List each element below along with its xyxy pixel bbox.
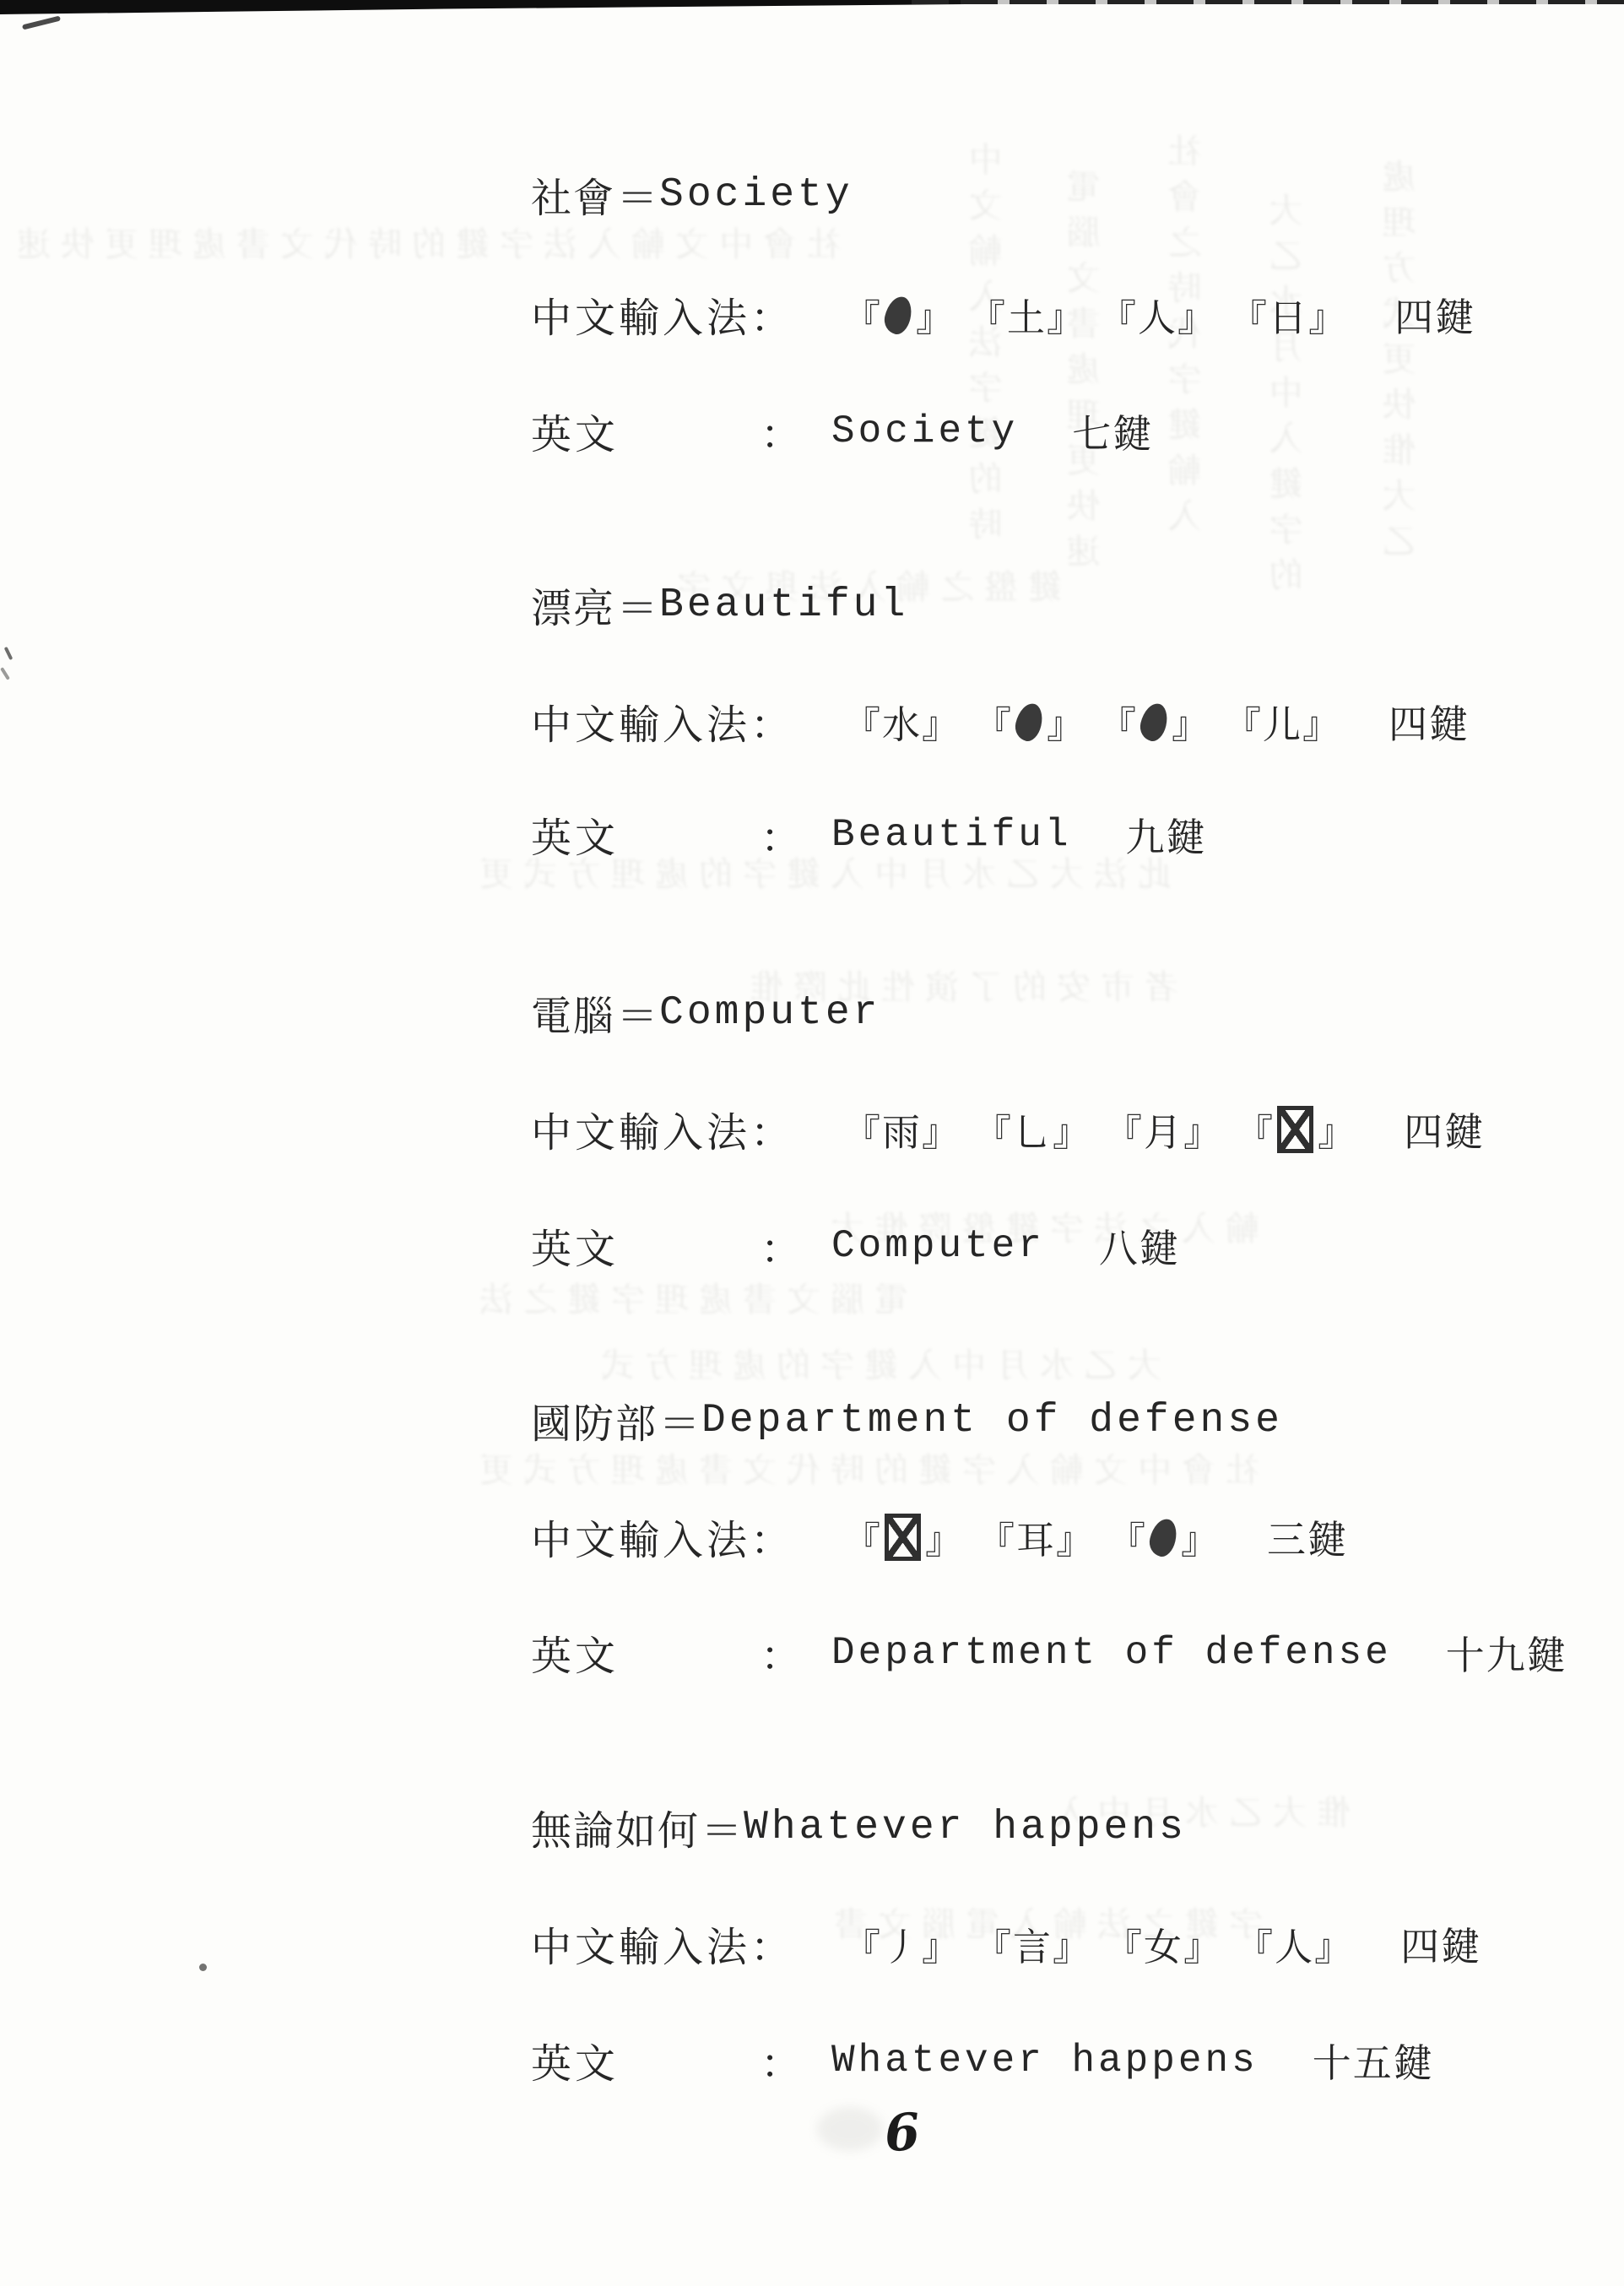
key-sequence: 『水』 『』 『』 『儿』 四鍵 xyxy=(843,694,1470,750)
bleedthrough-ghost-column: 處理方式更快惟大乙 xyxy=(1381,159,1429,569)
chinese-input-line: 中文輸入法： 『』 『土』 『人』 『日』 四鍵 xyxy=(531,285,1475,344)
key-sequence: 『雨』 『乚』 『月』 『』 四鍵 xyxy=(843,1102,1485,1157)
english-value: Beautiful xyxy=(831,813,1071,857)
edge-mark xyxy=(4,647,14,660)
key-cell: 『言』 xyxy=(974,1916,1090,1972)
word-chinese: 漂亮 xyxy=(531,576,615,635)
english-input-line: 英文 ： Society 七鍵 xyxy=(531,402,1153,461)
bleedthrough-ghost-column: 大乙水月中入鍵字的 xyxy=(1268,192,1316,603)
key-count-chinese: 三鍵 xyxy=(1267,1509,1348,1565)
colon: ： xyxy=(761,402,801,461)
key-count-chinese: 四鍵 xyxy=(1400,1916,1481,1972)
input-method-label: 中文輸入法： xyxy=(531,1100,794,1159)
chinese-input-line: 中文輸入法： 『丿』 『言』 『女』 『人』 四鍵 xyxy=(531,1915,1481,1974)
english-label: 英文 xyxy=(531,2031,619,2090)
key-count-chinese: 四鍵 xyxy=(1394,287,1475,343)
corner-bracket-open: 『 xyxy=(1105,1917,1142,1972)
key-cell: 『乚』 xyxy=(974,1102,1090,1157)
key-cell: 『土』 xyxy=(968,287,1084,343)
key-count-english: 十五鍵 xyxy=(1313,2033,1434,2088)
scan-edge-strip xyxy=(0,0,988,14)
scan-edge-strip-thin xyxy=(912,0,1624,4)
corner-bracket-open: 『 xyxy=(1099,288,1136,343)
equals-sign: ＝ xyxy=(659,1391,700,1450)
english-value: Whatever happens xyxy=(831,2039,1259,2083)
key-sequence: 『丿』 『言』 『女』 『人』 四鍵 xyxy=(843,1916,1481,1972)
key-cell: 『儿』 xyxy=(1224,694,1340,750)
corner-bracket-open: 『 xyxy=(1230,288,1267,343)
corner-bracket-open: 『 xyxy=(1108,1510,1145,1565)
key-character: 日 xyxy=(1269,287,1307,343)
bleedthrough-ghost-text: 大乙水月中入鍵字的處理方式 xyxy=(591,1339,1161,1388)
key-count-english: 七鍵 xyxy=(1072,404,1153,459)
corner-bracket-open: 『 xyxy=(843,1917,880,1972)
chinese-input-line: 中文輸入法： 『雨』 『乚』 『月』 『』 四鍵 xyxy=(531,1100,1485,1159)
word-chinese: 國防部 xyxy=(531,1391,658,1450)
english-input-line: 英文 ： Computer 八鍵 xyxy=(531,1216,1180,1276)
corner-bracket-close: 』 xyxy=(922,695,959,750)
chinese-input-line: 中文輸入法： 『』 『耳』 『』 三鍵 xyxy=(531,1508,1348,1567)
english-value: Department of defense xyxy=(831,1631,1392,1675)
entry-heading: 國防部＝Department of defense xyxy=(531,1391,1283,1450)
edge-mark xyxy=(0,667,10,680)
corner-bracket-open: 『 xyxy=(1224,695,1261,750)
corner-bracket-close: 』 xyxy=(1183,1917,1221,1972)
key-character: 乚 xyxy=(1013,1102,1051,1157)
input-method-label: 中文輸入法： xyxy=(531,692,794,751)
page-number: 6 xyxy=(883,2103,923,2164)
key-cell: 『』 xyxy=(974,695,1084,750)
key-character: 女 xyxy=(1144,1916,1182,1972)
key-cell: 『雨』 xyxy=(843,1102,959,1157)
equals-sign: ＝ xyxy=(617,165,658,225)
corner-bracket-close: 』 xyxy=(1302,695,1340,750)
key-count-english: 八鍵 xyxy=(1099,1218,1180,1274)
scanned-book-page: 社會中文輸入法字鍵的時代文書處理更快速 鍵盤之輸入法與文字 此法大乙水月中入鍵字… xyxy=(0,0,1624,2286)
key-character: 人 xyxy=(1138,287,1176,343)
corner-bracket-close: 』 xyxy=(922,1102,959,1157)
corner-bracket-close: 』 xyxy=(1181,1510,1218,1565)
bleedthrough-ghost-column: 中文輸入法字鍵的時 xyxy=(967,142,1015,552)
corner-bracket-close: 』 xyxy=(1172,695,1209,750)
solid-teardrop-key-icon xyxy=(1146,1516,1179,1559)
key-character: 雨 xyxy=(882,1102,920,1157)
colon: ： xyxy=(761,1623,801,1682)
ink-dot xyxy=(199,1964,207,1971)
english-label: 英文 xyxy=(531,1623,619,1682)
key-cell: 『』 xyxy=(1236,1102,1355,1157)
corner-bracket-close: 』 xyxy=(1308,288,1345,343)
corner-bracket-open: 『 xyxy=(977,1510,1015,1565)
corner-bracket-close: 』 xyxy=(1053,1917,1090,1972)
word-chinese: 無論如何 xyxy=(531,1798,700,1857)
word-english: Beautiful xyxy=(659,582,908,628)
corner-bracket-close: 』 xyxy=(922,1917,959,1972)
solid-teardrop-key-icon xyxy=(1137,701,1170,744)
entry-heading: 社會＝Society xyxy=(531,165,853,225)
entry-heading: 電腦＝Computer xyxy=(531,983,880,1043)
corner-bracket-open: 『 xyxy=(1236,1917,1273,1972)
key-character: 月 xyxy=(1144,1102,1182,1157)
corner-bracket-close: 』 xyxy=(925,1510,962,1565)
corner-bracket-open: 『 xyxy=(974,1917,1011,1972)
key-cell: 『丿』 xyxy=(843,1916,959,1972)
smudge xyxy=(817,2107,883,2151)
corner-bracket-close: 』 xyxy=(1177,288,1215,343)
corner-bracket-open: 『 xyxy=(843,1102,880,1157)
corner-bracket-close: 』 xyxy=(1314,1917,1351,1972)
key-count-english: 十九鍵 xyxy=(1446,1625,1567,1681)
word-english: Society xyxy=(659,172,853,218)
key-character: 儿 xyxy=(1263,694,1301,750)
entry-heading: 無論如何＝Whatever happens xyxy=(531,1798,1187,1857)
box-with-x-key-icon xyxy=(1277,1106,1313,1153)
corner-bracket-open: 『 xyxy=(1099,695,1136,750)
english-input-line: 英文 ： Department of defense 十九鍵 xyxy=(531,1623,1567,1682)
key-sequence: 『』 『耳』 『』 三鍵 xyxy=(843,1509,1348,1565)
key-cell: 『人』 xyxy=(1099,287,1215,343)
key-cell: 『耳』 xyxy=(977,1509,1093,1565)
equals-sign: ＝ xyxy=(701,1798,742,1857)
solid-teardrop-key-icon xyxy=(1012,701,1045,744)
corner-bracket-close: 』 xyxy=(916,288,953,343)
corner-bracket-close: 』 xyxy=(1318,1102,1355,1157)
chinese-input-line: 中文輸入法： 『水』 『』 『』 『儿』 四鍵 xyxy=(531,692,1470,751)
corner-bracket-open: 『 xyxy=(974,1102,1011,1157)
english-input-line: 英文 ： Beautiful 九鍵 xyxy=(531,805,1206,864)
key-cell: 『人』 xyxy=(1236,1916,1351,1972)
word-english: Department of defense xyxy=(701,1398,1283,1444)
english-label: 英文 xyxy=(531,1216,619,1276)
input-method-label: 中文輸入法： xyxy=(531,1508,794,1567)
key-cell: 『』 xyxy=(843,1510,962,1565)
key-cell: 『女』 xyxy=(1105,1916,1221,1972)
bleedthrough-ghost-text: 社會中文輸入法字鍵的時代文書處理更快速 xyxy=(7,218,841,267)
word-chinese: 社會 xyxy=(531,165,615,225)
key-character: 水 xyxy=(882,694,920,750)
corner-bracket-close: 』 xyxy=(1047,288,1084,343)
key-count-chinese: 四鍵 xyxy=(1404,1102,1485,1157)
english-value: Society xyxy=(831,409,1018,453)
word-english: Whatever happens xyxy=(744,1805,1187,1850)
corner-bracket-close: 』 xyxy=(1053,1102,1090,1157)
corner-bracket-open: 『 xyxy=(843,1510,880,1565)
corner-bracket-open: 『 xyxy=(974,695,1011,750)
key-cell: 『水』 xyxy=(843,694,959,750)
key-character: 土 xyxy=(1007,287,1045,343)
input-method-label: 中文輸入法： xyxy=(531,1915,794,1974)
corner-bracket-close: 』 xyxy=(1047,695,1084,750)
colon: ： xyxy=(761,1216,801,1276)
bleedthrough-ghost-text: 電腦文書處理字鍵之法 xyxy=(469,1273,908,1322)
corner-bracket-close: 』 xyxy=(1183,1102,1221,1157)
key-count-english: 九鍵 xyxy=(1125,807,1206,863)
equals-sign: ＝ xyxy=(617,576,658,635)
key-cell: 『』 xyxy=(1099,695,1209,750)
colon: ： xyxy=(761,2031,801,2090)
corner-bracket-open: 『 xyxy=(1105,1102,1142,1157)
word-chinese: 電腦 xyxy=(531,983,615,1043)
english-label: 英文 xyxy=(531,402,619,461)
english-label: 英文 xyxy=(531,805,619,864)
scan-mark xyxy=(22,16,61,30)
box-with-x-key-icon xyxy=(885,1514,921,1561)
corner-bracket-open: 『 xyxy=(968,288,1005,343)
key-count-chinese: 四鍵 xyxy=(1389,694,1470,750)
corner-bracket-close: 』 xyxy=(1056,1510,1093,1565)
key-cell: 『』 xyxy=(843,288,953,343)
corner-bracket-open: 『 xyxy=(843,288,880,343)
word-english: Computer xyxy=(659,990,880,1036)
english-input-line: 英文 ： Whatever happens 十五鍵 xyxy=(531,2031,1434,2090)
input-method-label: 中文輸入法： xyxy=(531,285,794,344)
bleedthrough-ghost-column: 電腦文書處理更快速 xyxy=(1065,169,1113,579)
key-cell: 『日』 xyxy=(1230,287,1345,343)
entry-heading: 漂亮＝Beautiful xyxy=(531,576,908,635)
key-character: 人 xyxy=(1275,1916,1313,1972)
corner-bracket-open: 『 xyxy=(1236,1102,1273,1157)
key-character: 耳 xyxy=(1016,1509,1054,1565)
key-cell: 『』 xyxy=(1108,1510,1218,1565)
english-value: Computer xyxy=(831,1224,1045,1268)
solid-teardrop-key-icon xyxy=(881,294,914,337)
equals-sign: ＝ xyxy=(617,983,658,1043)
colon: ： xyxy=(761,805,801,864)
key-cell: 『月』 xyxy=(1105,1102,1221,1157)
key-character: 言 xyxy=(1013,1916,1051,1972)
key-character: 丿 xyxy=(882,1916,920,1972)
bleedthrough-ghost-text: 社會中文輸入字鍵的時代文書處理方式更 xyxy=(469,1444,1259,1492)
corner-bracket-open: 『 xyxy=(843,695,880,750)
key-sequence: 『』 『土』 『人』 『日』 四鍵 xyxy=(843,287,1475,343)
